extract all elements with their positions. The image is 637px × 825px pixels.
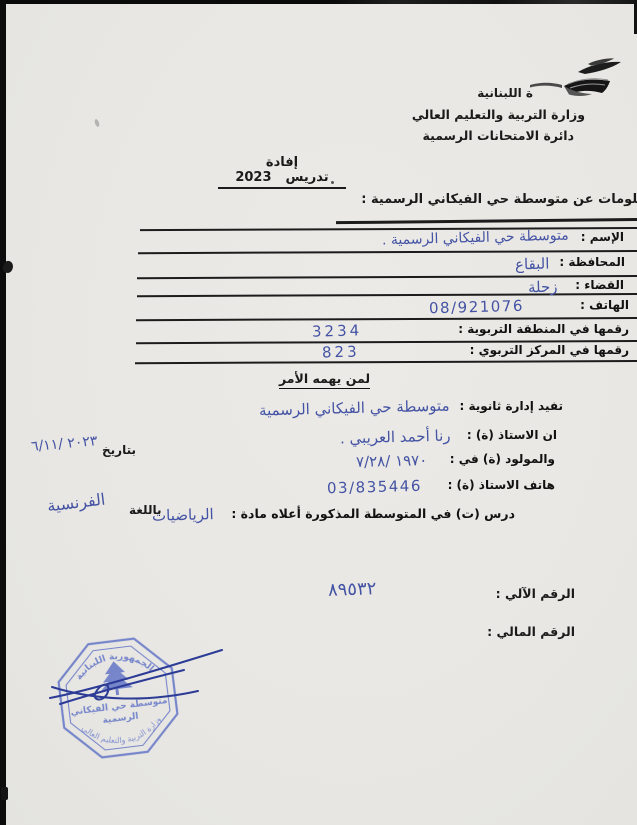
intro-line: معلومات عن متوسطة حي الفيكاني الرسمية :: [361, 192, 637, 207]
handwritten-value: ١٩٧٠ /٧/٢٨: [356, 451, 428, 471]
handwritten-value: 823: [322, 343, 360, 362]
certify-row-school: تفيد إدارة ثانوية : متوسطة حي الفيكاني ا…: [259, 399, 563, 417]
scan-artifact: [1, 787, 8, 800]
handwritten-value: 3234: [312, 321, 363, 340]
form-row-phone: الهاتف : 08/921076: [429, 298, 629, 316]
field-label: هاتف الاستاذ (ة) :: [448, 478, 555, 492]
form-row-district: القضاء : زحلة: [528, 278, 624, 296]
field-label: القضاء :: [575, 278, 624, 292]
field-label: والمولود (ة) في :: [450, 452, 555, 466]
scan-edge-left: [0, 0, 6, 825]
handwritten-value: البقاع: [515, 255, 550, 274]
auto-number-label: الرقم الآلي :: [496, 586, 575, 601]
handwritten-auto-number: ٨٩٥٣٢: [328, 578, 377, 601]
form-row-governorate: المحافظة : البقاع: [515, 255, 625, 273]
header-ministry: وزارة التربية والتعليم العالي: [412, 107, 585, 122]
title-text: إفادة تدريس: [266, 155, 329, 185]
field-label: درس (ت) في المتوسطة المذكورة أعلاه مادة …: [231, 506, 515, 521]
handwritten-language: الفرنسية: [46, 490, 106, 516]
field-label: تفيد إدارة ثانوية :: [459, 399, 563, 413]
form-line: [136, 317, 637, 321]
ministry-open-book-logo-icon: [528, 58, 624, 104]
handwritten-value: 03/835446: [326, 477, 421, 497]
financial-number-label: الرقم المالي :: [487, 624, 575, 639]
form-row-name: الإسم : متوسطة حي الفيكاني الرسمية .: [382, 230, 624, 246]
signature-scribble: [36, 630, 236, 745]
title-year: 2023: [235, 170, 271, 185]
certify-row-teacher-phone: هاتف الاستاذ (ة) : 03/835446: [327, 478, 555, 496]
field-label: المحافظة :: [559, 255, 625, 269]
certify-row-teacher-name: ان الاستاذ (ة) : رنا أحمد العريبي .: [340, 428, 557, 446]
form-line: [138, 250, 637, 254]
handwritten-date: ٢٠٢٣ /٦/١١: [30, 433, 98, 455]
field-label: الهاتف :: [580, 298, 629, 312]
section-heading-to-whom-it-may-concern: لمن يهمه الأمر: [279, 371, 370, 389]
language-label: باللغة: [129, 503, 161, 517]
field-label: رقمها في المنطقة التربوية :: [458, 322, 629, 336]
handwritten-value: متوسطة حي الفيكاني الرسمية .: [382, 228, 569, 249]
handwritten-value: متوسطة حي الفيكاني الرسمية: [259, 397, 450, 420]
form-row-center-number: رقمها في المركز التربوي : 823: [322, 343, 629, 361]
form-line: [336, 218, 637, 224]
date-label: بتاريخ: [102, 443, 136, 457]
handwritten-value: رنا أحمد العريبي .: [340, 427, 451, 448]
scan-edge-top: [0, 0, 637, 4]
header-department: دائرة الامتحانات الرسمية: [423, 128, 574, 143]
field-label: رقمها في المركز التربوي :: [470, 343, 629, 357]
handwritten-value: 08/921076: [429, 297, 524, 317]
scanned-document-page: ة اللبنانية وزارة التربية والتعليم العال…: [0, 0, 637, 825]
header-country-partial: ة اللبنانية: [477, 86, 533, 100]
form-row-district-number: رقمها في المنطقة التربوية : 3234: [312, 322, 629, 340]
certify-row-subject: درس (ت) في المتوسطة المذكورة أعلاه مادة …: [152, 506, 515, 524]
document-title: إفادة تدريس2023: [218, 155, 346, 189]
certify-row-birthdate: والمولود (ة) في : ١٩٧٠ /٧/٢٨: [356, 452, 555, 470]
field-label: الإسم :: [581, 230, 624, 244]
field-label: ان الاستاذ (ة) :: [467, 428, 557, 442]
scan-artifact: [94, 119, 100, 128]
handwritten-value: زحلة: [528, 278, 558, 297]
